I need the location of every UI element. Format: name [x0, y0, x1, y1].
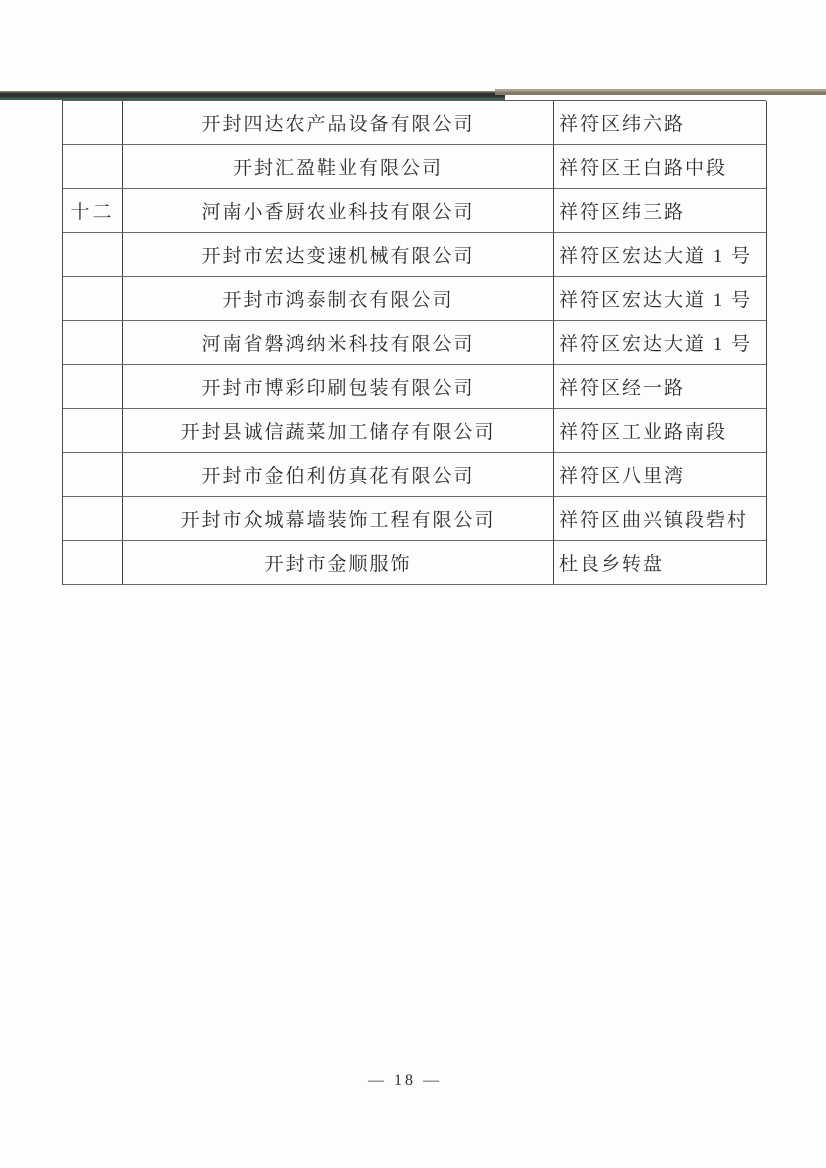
company-cell: 开封市鸿泰制衣有限公司 [123, 277, 554, 321]
company-cell: 河南省磐鸿纳米科技有限公司 [123, 321, 554, 365]
serial-cell [63, 101, 123, 145]
scan-artifact-band-tan [495, 89, 826, 95]
address-cell: 杜良乡转盘 [554, 541, 767, 585]
address-cell: 祥符区宏达大道 1 号 [554, 233, 767, 277]
company-cell: 开封市金顺服饰 [123, 541, 554, 585]
company-cell: 开封市金伯利仿真花有限公司 [123, 453, 554, 497]
address-cell: 祥符区曲兴镇段砦村 [554, 497, 767, 541]
serial-cell [63, 233, 123, 277]
company-cell: 开封市宏达变速机械有限公司 [123, 233, 554, 277]
serial-cell [63, 145, 123, 189]
page-number: — 18 — [0, 1072, 810, 1090]
serial-cell [63, 497, 123, 541]
serial-cell [63, 453, 123, 497]
serial-cell [63, 365, 123, 409]
address-cell: 祥符区纬三路 [554, 189, 767, 233]
serial-cell: 十二 [63, 189, 123, 233]
address-cell: 祥符区宏达大道 1 号 [554, 321, 767, 365]
scanned-document-page: 开封四达农产品设备有限公司 祥符区纬六路 开封汇盈鞋业有限公司 祥符区王白路中段… [0, 0, 826, 1168]
company-cell: 开封市博彩印刷包装有限公司 [123, 365, 554, 409]
serial-cell [63, 541, 123, 585]
company-cell: 开封汇盈鞋业有限公司 [123, 145, 554, 189]
company-cell: 河南小香厨农业科技有限公司 [123, 189, 554, 233]
serial-cell [63, 321, 123, 365]
address-cell: 祥符区宏达大道 1 号 [554, 277, 767, 321]
serial-cell [63, 277, 123, 321]
address-cell: 祥符区王白路中段 [554, 145, 767, 189]
company-address-table: 开封四达农产品设备有限公司 祥符区纬六路 开封汇盈鞋业有限公司 祥符区王白路中段… [62, 100, 766, 585]
company-cell: 开封市众城幕墙装饰工程有限公司 [123, 497, 554, 541]
address-cell: 祥符区工业路南段 [554, 409, 767, 453]
company-cell: 开封县诚信蔬菜加工储存有限公司 [123, 409, 554, 453]
company-cell: 开封四达农产品设备有限公司 [123, 101, 554, 145]
address-cell: 祥符区纬六路 [554, 101, 767, 145]
scan-artifact-band-dark [0, 91, 505, 100]
address-cell: 祥符区经一路 [554, 365, 767, 409]
address-cell: 祥符区八里湾 [554, 453, 767, 497]
serial-cell [63, 409, 123, 453]
